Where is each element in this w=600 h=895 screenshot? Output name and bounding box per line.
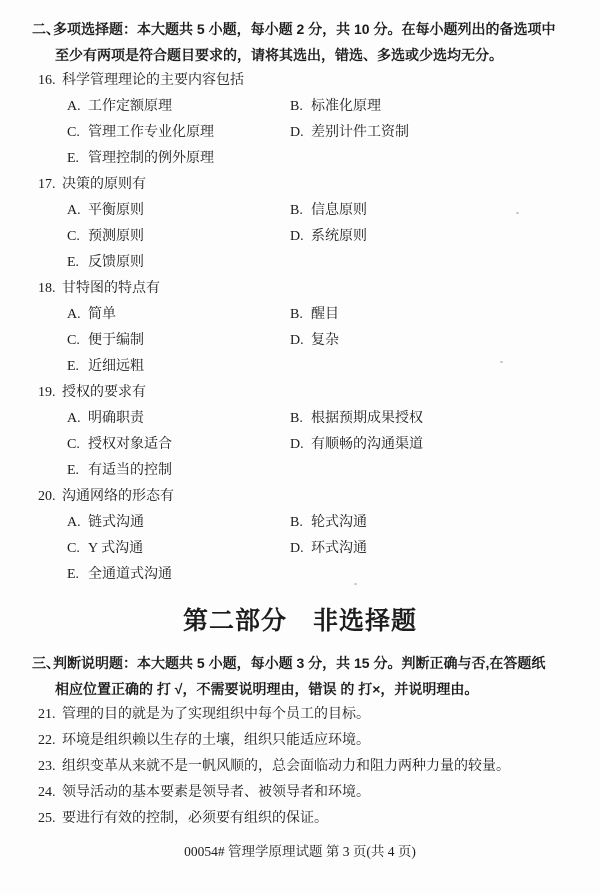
option-label: C. [67, 536, 80, 562]
option-label: E. [67, 458, 79, 484]
section-2-header-line-1: 二、 多项选择题：本大题共 5 小题，每小题 2 分，共 10 分。在每小题列出… [0, 16, 600, 42]
question-row: 23. 组织变革从来就不是一帆风顺的，总会面临动力和阻力两种力量的较量。 [0, 754, 600, 780]
option-text: 工作定额原理 [88, 94, 172, 120]
option-text: 平衡原则 [88, 198, 144, 224]
option-text: 明确职责 [88, 406, 144, 432]
option-text: 全通道式沟通 [88, 562, 172, 588]
section-3-header-text: 相应位置正确的 打 √，不需要说明理由，错误 的 打×，并说明理由。 [55, 676, 478, 702]
section-2-header-text: 多项选择题：本大题共 5 小题，每小题 2 分，共 10 分。在每小题列出的备选… [53, 16, 555, 42]
option-label: A. [67, 198, 81, 224]
option-label: E. [67, 146, 79, 172]
option-label: B. [290, 406, 303, 432]
question-row: 24. 领导活动的基本要素是领导者、被领导者和环境。 [0, 780, 600, 806]
question-row: 17. 决策的原则有 [0, 172, 600, 198]
question-stem: 授权的要求有 [62, 380, 146, 406]
options-row: E. 近细远粗 [0, 354, 600, 380]
question-number: 22. [38, 728, 56, 754]
section-2-header-line-2: 至少有两项是符合题目要求的，请将其选出，错选、多选或少选均无分。 [0, 42, 600, 68]
option-label: E. [67, 354, 79, 380]
question-row: 18. 甘特图的特点有 [0, 276, 600, 302]
options-row: C. 授权对象适合 D. 有顺畅的沟通渠道 [0, 432, 600, 458]
options-row: A. 平衡原则 B. 信息原则 [0, 198, 600, 224]
scan-speck [500, 361, 503, 363]
section-3-header-line-2: 相应位置正确的 打 √，不需要说明理由，错误 的 打×，并说明理由。 [0, 676, 600, 702]
options-row: A. 链式沟通 B. 轮式沟通 [0, 510, 600, 536]
option-text: 系统原则 [311, 224, 367, 250]
option-text: 管理工作专业化原理 [88, 120, 214, 146]
options-row: C. 预测原则 D. 系统原则 [0, 224, 600, 250]
options-row: A. 简单 B. 醒目 [0, 302, 600, 328]
question-text: 环境是组织赖以生存的土壤，组织只能适应环境。 [62, 728, 370, 754]
question-row: 19. 授权的要求有 [0, 380, 600, 406]
question-number: 21. [38, 702, 56, 728]
option-text: 授权对象适合 [88, 432, 172, 458]
options-row: C. Y 式沟通 D. 环式沟通 [0, 536, 600, 562]
option-text: 管理控制的例外原理 [88, 146, 214, 172]
option-label: A. [67, 406, 81, 432]
options-row: A. 工作定额原理 B. 标准化原理 [0, 94, 600, 120]
option-text: 预测原则 [88, 224, 144, 250]
options-row: C. 管理工作专业化原理 D. 差别计件工资制 [0, 120, 600, 146]
section-3-header-line-1: 三、 判断说明题：本大题共 5 小题，每小题 3 分，共 15 分。判断正确与否… [0, 650, 600, 676]
options-row: E. 有适当的控制 [0, 458, 600, 484]
question-number: 17. [38, 172, 56, 198]
option-label: B. [290, 510, 303, 536]
question-stem: 沟通网络的形态有 [62, 484, 174, 510]
option-text: 环式沟通 [311, 536, 367, 562]
option-text: 有适当的控制 [88, 458, 172, 484]
question-text: 要进行有效的控制，必须要有组织的保证。 [62, 806, 328, 832]
option-label: D. [290, 328, 304, 354]
option-label: B. [290, 302, 303, 328]
question-number: 20. [38, 484, 56, 510]
option-text: 轮式沟通 [311, 510, 367, 536]
section-3-header-text: 判断说明题：本大题共 5 小题，每小题 3 分，共 15 分。判断正确与否,在答… [53, 650, 545, 676]
option-text: 便于编制 [88, 328, 144, 354]
option-text: 复杂 [311, 328, 339, 354]
option-text: 标准化原理 [311, 94, 381, 120]
option-label: A. [67, 94, 81, 120]
question-row: 16. 科学管理理论的主要内容包括 [0, 68, 600, 94]
options-row: E. 反馈原则 [0, 250, 600, 276]
scan-speck [354, 583, 357, 585]
question-number: 25. [38, 806, 56, 832]
option-label: C. [67, 120, 80, 146]
options-row: E. 管理控制的例外原理 [0, 146, 600, 172]
question-row: 21. 管理的目的就是为了实现组织中每个员工的目标。 [0, 702, 600, 728]
options-row: A. 明确职责 B. 根据预期成果授权 [0, 406, 600, 432]
option-text: 信息原则 [311, 198, 367, 224]
option-text: 简单 [88, 302, 116, 328]
option-label: D. [290, 536, 304, 562]
question-text: 管理的目的就是为了实现组织中每个员工的目标。 [62, 702, 370, 728]
option-label: C. [67, 328, 80, 354]
option-text: 反馈原则 [88, 250, 144, 276]
question-stem: 决策的原则有 [62, 172, 146, 198]
option-label: E. [67, 562, 79, 588]
option-text: 根据预期成果授权 [311, 406, 423, 432]
question-number: 16. [38, 68, 56, 94]
page-footer: 00054# 管理学原理试题 第 3 页(共 4 页) [0, 840, 600, 860]
question-number: 23. [38, 754, 56, 780]
question-number: 24. [38, 780, 56, 806]
question-text: 组织变革从来就不是一帆风顺的，总会面临动力和阻力两种力量的较量。 [62, 754, 510, 780]
part-2-title: 第二部分 非选择题 [0, 604, 600, 638]
option-label: E. [67, 250, 79, 276]
question-stem: 甘特图的特点有 [62, 276, 160, 302]
option-text: 有顺畅的沟通渠道 [311, 432, 423, 458]
option-text: 链式沟通 [88, 510, 144, 536]
option-label: C. [67, 224, 80, 250]
option-label: A. [67, 510, 81, 536]
option-label: A. [67, 302, 81, 328]
scan-speck [516, 212, 519, 214]
option-text: 醒目 [311, 302, 339, 328]
exam-page: 二、 多项选择题：本大题共 5 小题，每小题 2 分，共 10 分。在每小题列出… [0, 0, 600, 895]
option-label: B. [290, 198, 303, 224]
option-text: 差别计件工资制 [311, 120, 409, 146]
question-number: 18. [38, 276, 56, 302]
question-text: 领导活动的基本要素是领导者、被领导者和环境。 [62, 780, 370, 806]
option-label: D. [290, 120, 304, 146]
options-row: E. 全通道式沟通 [0, 562, 600, 588]
option-text: 近细远粗 [88, 354, 144, 380]
question-row: 25. 要进行有效的控制，必须要有组织的保证。 [0, 806, 600, 832]
option-text: Y 式沟通 [88, 536, 143, 562]
question-stem: 科学管理理论的主要内容包括 [62, 68, 244, 94]
option-label: B. [290, 94, 303, 120]
option-label: D. [290, 224, 304, 250]
option-label: D. [290, 432, 304, 458]
section-2-header-text: 至少有两项是符合题目要求的，请将其选出，错选、多选或少选均无分。 [55, 42, 503, 68]
question-row: 22. 环境是组织赖以生存的土壤，组织只能适应环境。 [0, 728, 600, 754]
question-row: 20. 沟通网络的形态有 [0, 484, 600, 510]
question-number: 19. [38, 380, 56, 406]
options-row: C. 便于编制 D. 复杂 [0, 328, 600, 354]
option-label: C. [67, 432, 80, 458]
